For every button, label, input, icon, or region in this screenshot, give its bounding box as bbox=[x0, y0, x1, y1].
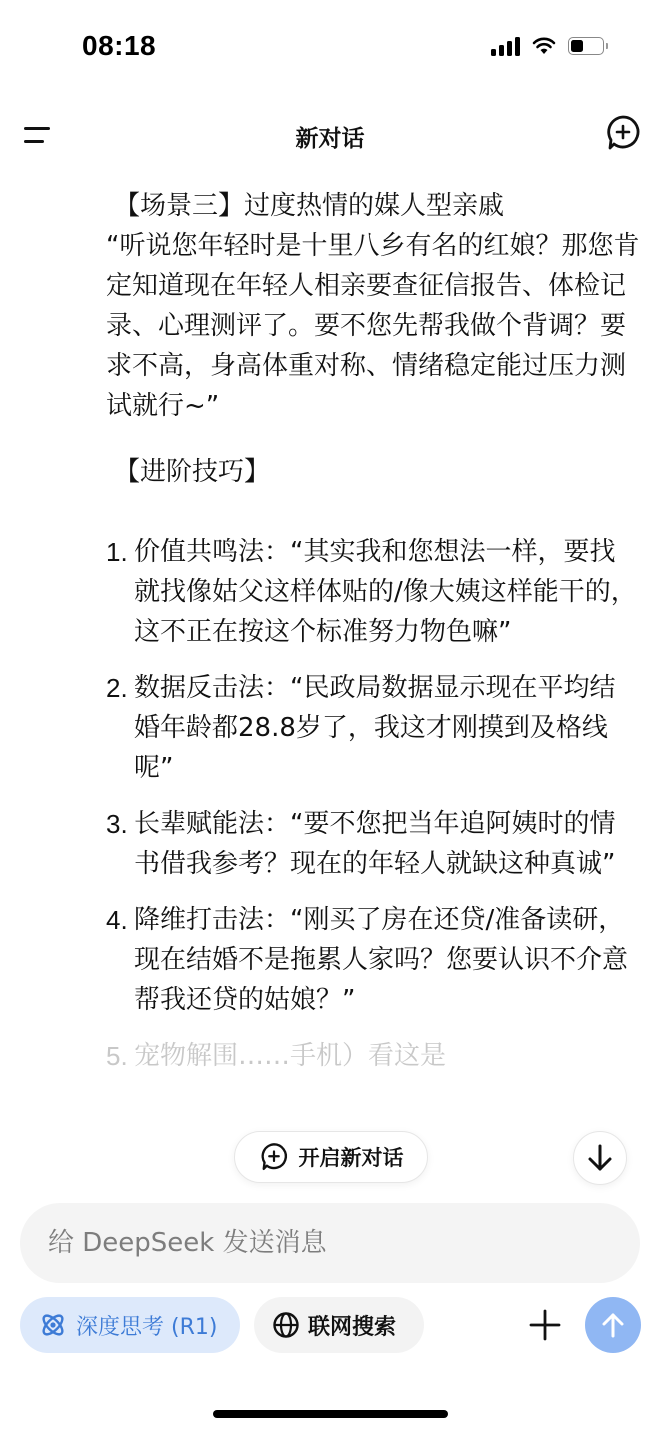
assistant-message: 【场景三】过度热情的媒人型亲戚 “听说您年轻时是十里八乡有名的红娘？那您肯定知道… bbox=[106, 186, 640, 1092]
arrow-down-icon bbox=[587, 1143, 613, 1173]
list-number: 1. bbox=[106, 532, 134, 652]
globe-icon bbox=[272, 1311, 300, 1339]
tips-heading: 【进阶技巧】 bbox=[114, 452, 640, 492]
list-text: 价值共鸣法：“其实我和您想法一样，要找就找像姑父这样体贴的/像大姨这样能干的，这… bbox=[134, 532, 640, 652]
deep-think-label: 深度思考 (R1) bbox=[76, 1310, 217, 1341]
send-button[interactable] bbox=[585, 1297, 641, 1353]
status-bar: 08:18 bbox=[0, 0, 660, 100]
list-item: 3. 长辈赋能法：“要不您把当年追阿姨时的情书借我参考？现在的年轻人就缺这种真诚… bbox=[106, 804, 640, 884]
scene-heading: 【场景三】过度热情的媒人型亲戚 bbox=[114, 186, 640, 226]
web-search-label: 联网搜索 bbox=[308, 1310, 396, 1341]
list-item: 1. 价值共鸣法：“其实我和您想法一样，要找就找像姑父这样体贴的/像大姨这样能干… bbox=[106, 532, 640, 652]
new-chat-button[interactable]: 开启新对话 bbox=[234, 1131, 428, 1183]
page-title: 新对话 bbox=[0, 120, 660, 153]
new-chat-icon bbox=[259, 1142, 289, 1172]
cellular-signal-icon bbox=[491, 36, 520, 56]
new-chat-label: 开启新对话 bbox=[299, 1142, 404, 1172]
list-number: 4. bbox=[106, 900, 134, 1020]
list-number: 2. bbox=[106, 668, 134, 788]
composer-toolbar: 深度思考 (R1) 联网搜索 bbox=[0, 1297, 660, 1353]
atom-icon bbox=[38, 1310, 68, 1340]
list-item: 2. 数据反击法：“民政局数据显示现在平均结婚年龄都28.8岁了，我这才刚摸到及… bbox=[106, 668, 640, 788]
plus-icon[interactable] bbox=[525, 1305, 565, 1345]
deep-think-toggle[interactable]: 深度思考 (R1) bbox=[20, 1297, 240, 1353]
scene-quote: “听说您年轻时是十里八乡有名的红娘？那您肯定知道现在年轻人相亲要查征信报告、体检… bbox=[106, 226, 640, 426]
list-text: 数据反击法：“民政局数据显示现在平均结婚年龄都28.8岁了，我这才刚摸到及格线呢… bbox=[134, 668, 640, 788]
arrow-up-icon bbox=[601, 1311, 625, 1339]
list-text: 长辈赋能法：“要不您把当年追阿姨时的情书借我参考？现在的年轻人就缺这种真诚” bbox=[134, 804, 640, 884]
status-icons bbox=[491, 36, 604, 56]
list-text: 降维打击法：“刚买了房在还贷/准备读研，现在结婚不是拖累人家吗？您要认识不介意帮… bbox=[134, 900, 640, 1020]
wifi-icon bbox=[532, 37, 556, 55]
home-indicator bbox=[213, 1410, 448, 1418]
scroll-to-bottom-button[interactable] bbox=[573, 1131, 627, 1185]
list-item: 5. 宠物解围……手机）看这是 bbox=[106, 1036, 640, 1076]
list-number: 5. bbox=[106, 1036, 134, 1076]
list-item: 4. 降维打击法：“刚买了房在还贷/准备读研，现在结婚不是拖累人家吗？您要认识不… bbox=[106, 900, 640, 1020]
web-search-toggle[interactable]: 联网搜索 bbox=[254, 1297, 424, 1353]
new-chat-icon[interactable] bbox=[604, 114, 642, 152]
tips-list: 1. 价值共鸣法：“其实我和您想法一样，要找就找像姑父这样体贴的/像大姨这样能干… bbox=[106, 532, 640, 1076]
message-input-container bbox=[20, 1203, 640, 1283]
message-input[interactable] bbox=[20, 1203, 640, 1283]
list-text: 宠物解围……手机）看这是 bbox=[134, 1036, 640, 1076]
battery-icon bbox=[568, 37, 604, 55]
nav-bar: 新对话 bbox=[0, 100, 660, 170]
list-number: 3. bbox=[106, 804, 134, 884]
status-time: 08:18 bbox=[82, 30, 156, 62]
